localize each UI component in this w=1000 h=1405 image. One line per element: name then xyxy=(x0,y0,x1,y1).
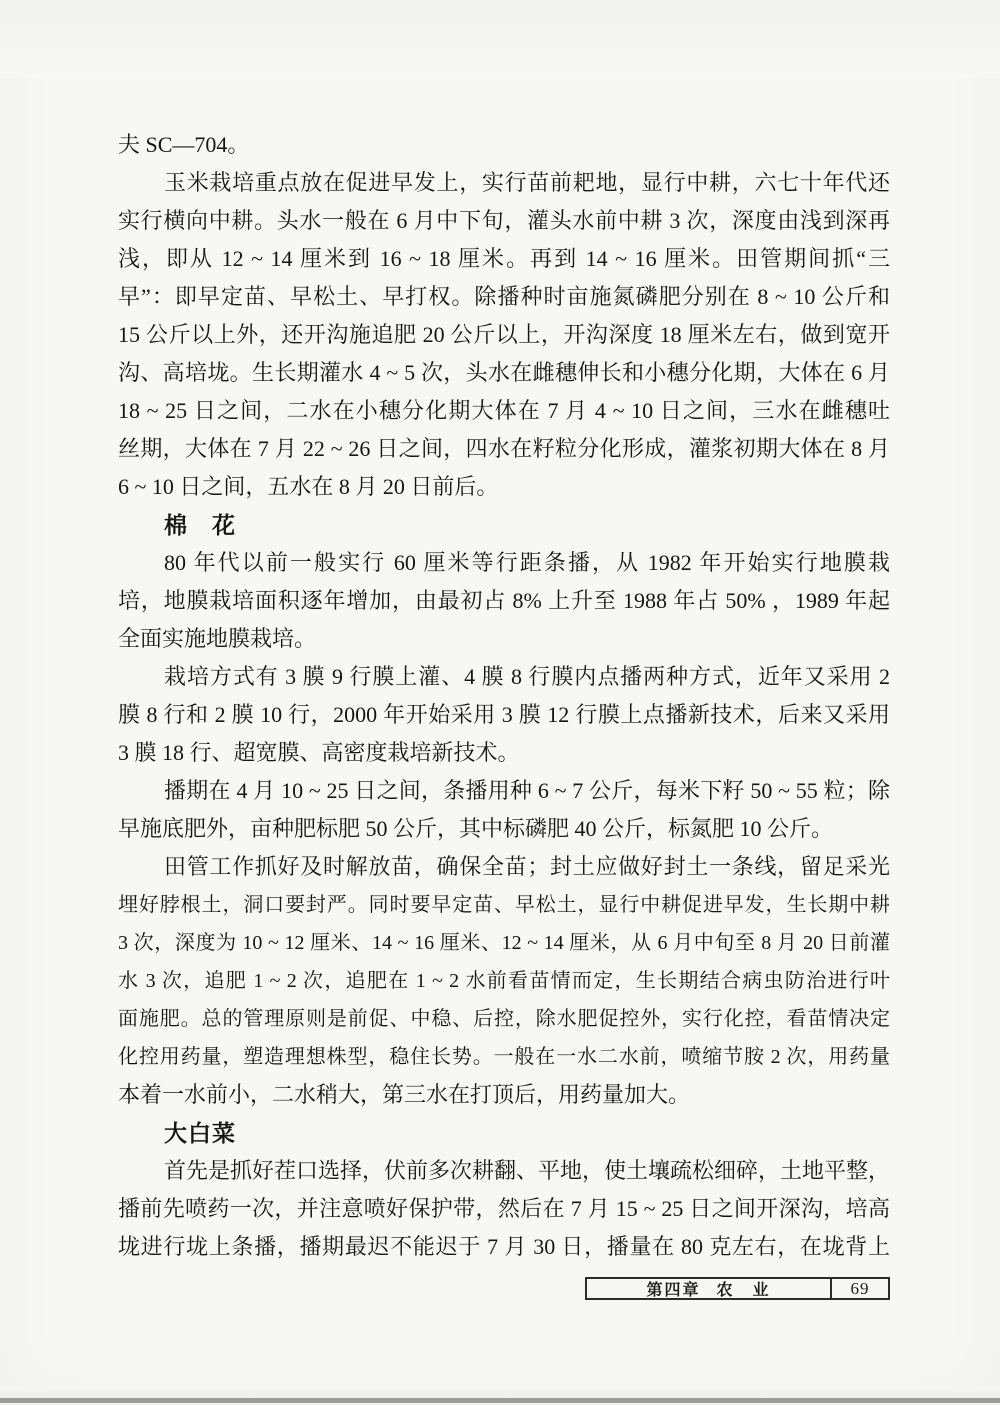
text-line: 浅，即从 12 ~ 14 厘米到 16 ~ 18 厘米。再到 14 ~ 16 厘… xyxy=(118,240,890,278)
text-line: 垅进行垅上条播，播期最迟不能迟于 7 月 30 日，播量在 80 克左右，在垅背… xyxy=(118,1228,890,1266)
body-text-block: 夫 SC—704。 玉米栽培重点放在促进早发上，实行苗前耙地，显行中耕，六七十年… xyxy=(118,126,890,1266)
footer-section-label: 农 业 xyxy=(717,1277,771,1300)
footer-chapter-label: 第四章 xyxy=(646,1277,700,1300)
text-line: 膜 8 行和 2 膜 10 行，2000 年开始采用 3 膜 12 行膜上点播新… xyxy=(118,696,890,734)
text-line: 80 年代以前一般实行 60 厘米等行距条播，从 1982 年开始实行地膜栽 xyxy=(118,544,890,582)
text-line: 丝期，大体在 7 月 22 ~ 26 日之间，四水在籽粒分化形成，灌浆初期大体在… xyxy=(118,430,890,468)
text-line: 3 膜 18 行、超宽膜、高密度栽培新技术。 xyxy=(118,734,890,772)
text-line: 田管工作抓好及时解放苗，确保全苗；封土应做好封土一条线，留足采光面， xyxy=(118,848,890,886)
text-line: 水 3 次，追肥 1 ~ 2 次，追肥在 1 ~ 2 水前看苗情而定，生长期结合… xyxy=(118,962,890,1000)
text-line: 培，地膜栽培面积逐年增加，由最初占 8% 上升至 1988 年占 50% ，19… xyxy=(118,582,890,620)
footer-box: 第四章 农 业 69 xyxy=(585,1277,890,1300)
text-line: 化控用药量，塑造理想株型，稳住长势。一般在一水二水前，喷缩节胺 2 次，用药量 xyxy=(118,1038,890,1076)
text-line: 实行横向中耕。头水一般在 6 月中下旬，灌头水前中耕 3 次，深度由浅到深再 xyxy=(118,202,890,240)
text-line: 首先是抓好茬口选择，伏前多次耕翻、平地，使土壤疏松细碎，土地平整， xyxy=(118,1152,890,1190)
text-line: 15 公斤以上外，还开沟施追肥 20 公斤以上，开沟深度 18 厘米左右，做到宽… xyxy=(118,316,890,354)
text-line: 沟、高培垅。生长期灌水 4 ~ 5 次，头水在雌穗伸长和小穗分化期，大体在 6 … xyxy=(118,354,890,392)
footer-page-number: 69 xyxy=(832,1279,888,1298)
footer-chapter-title: 第四章 农 业 xyxy=(587,1279,830,1298)
text-line: 18 ~ 25 日之间，二水在小穗分化期大体在 7 月 4 ~ 10 日之间，三… xyxy=(118,392,890,430)
scan-bottom-fade xyxy=(0,1386,1000,1398)
scan-edge-line xyxy=(0,1398,1000,1403)
text-line: 全面实施地膜栽培。 xyxy=(118,620,890,658)
text-line: 播期在 4 月 10 ~ 25 日之间，条播用种 6 ~ 7 公斤，每米下籽 5… xyxy=(118,772,890,810)
scan-edge-artifact xyxy=(0,0,1000,78)
text-line: 播前先喷药一次，并注意喷好保护带，然后在 7 月 15 ~ 25 日之间开深沟，… xyxy=(118,1190,890,1228)
section-heading-cotton: 棉 花 xyxy=(118,506,890,544)
text-line: 埋好脖根土，洞口要封严。同时要早定苗、早松土，显行中耕促进早发，生长期中耕 xyxy=(118,886,890,924)
section-heading-cabbage: 大白菜 xyxy=(118,1114,890,1152)
text-line: 玉米栽培重点放在促进早发上，实行苗前耙地，显行中耕，六七十年代还 xyxy=(118,164,890,202)
scanned-book-page: 夫 SC—704。 玉米栽培重点放在促进早发上，实行苗前耙地，显行中耕，六七十年… xyxy=(0,0,1000,1405)
text-line: 早”：即早定苗、早松土、早打权。除播种时亩施氮磷肥分别在 8 ~ 10 公斤和 xyxy=(118,278,890,316)
text-line: 面施肥。总的管理原则是前促、中稳、后控，除水肥促控外，实行化控，看苗情决定 xyxy=(118,1000,890,1038)
text-line: 夫 SC—704。 xyxy=(118,126,890,164)
text-line: 早施底肥外，亩种肥标肥 50 公斤，其中标磷肥 40 公斤，标氮肥 10 公斤。 xyxy=(118,810,890,848)
text-line: 3 次，深度为 10 ~ 12 厘米、14 ~ 16 厘米、12 ~ 14 厘米… xyxy=(118,924,890,962)
text-line: 6 ~ 10 日之间，五水在 8 月 20 日前后。 xyxy=(118,468,890,506)
text-line: 栽培方式有 3 膜 9 行膜上灌、4 膜 8 行膜内点播两种方式，近年又采用 2 xyxy=(118,658,890,696)
text-line: 本着一水前小，二水稍大，第三水在打顶后，用药量加大。 xyxy=(118,1076,890,1114)
